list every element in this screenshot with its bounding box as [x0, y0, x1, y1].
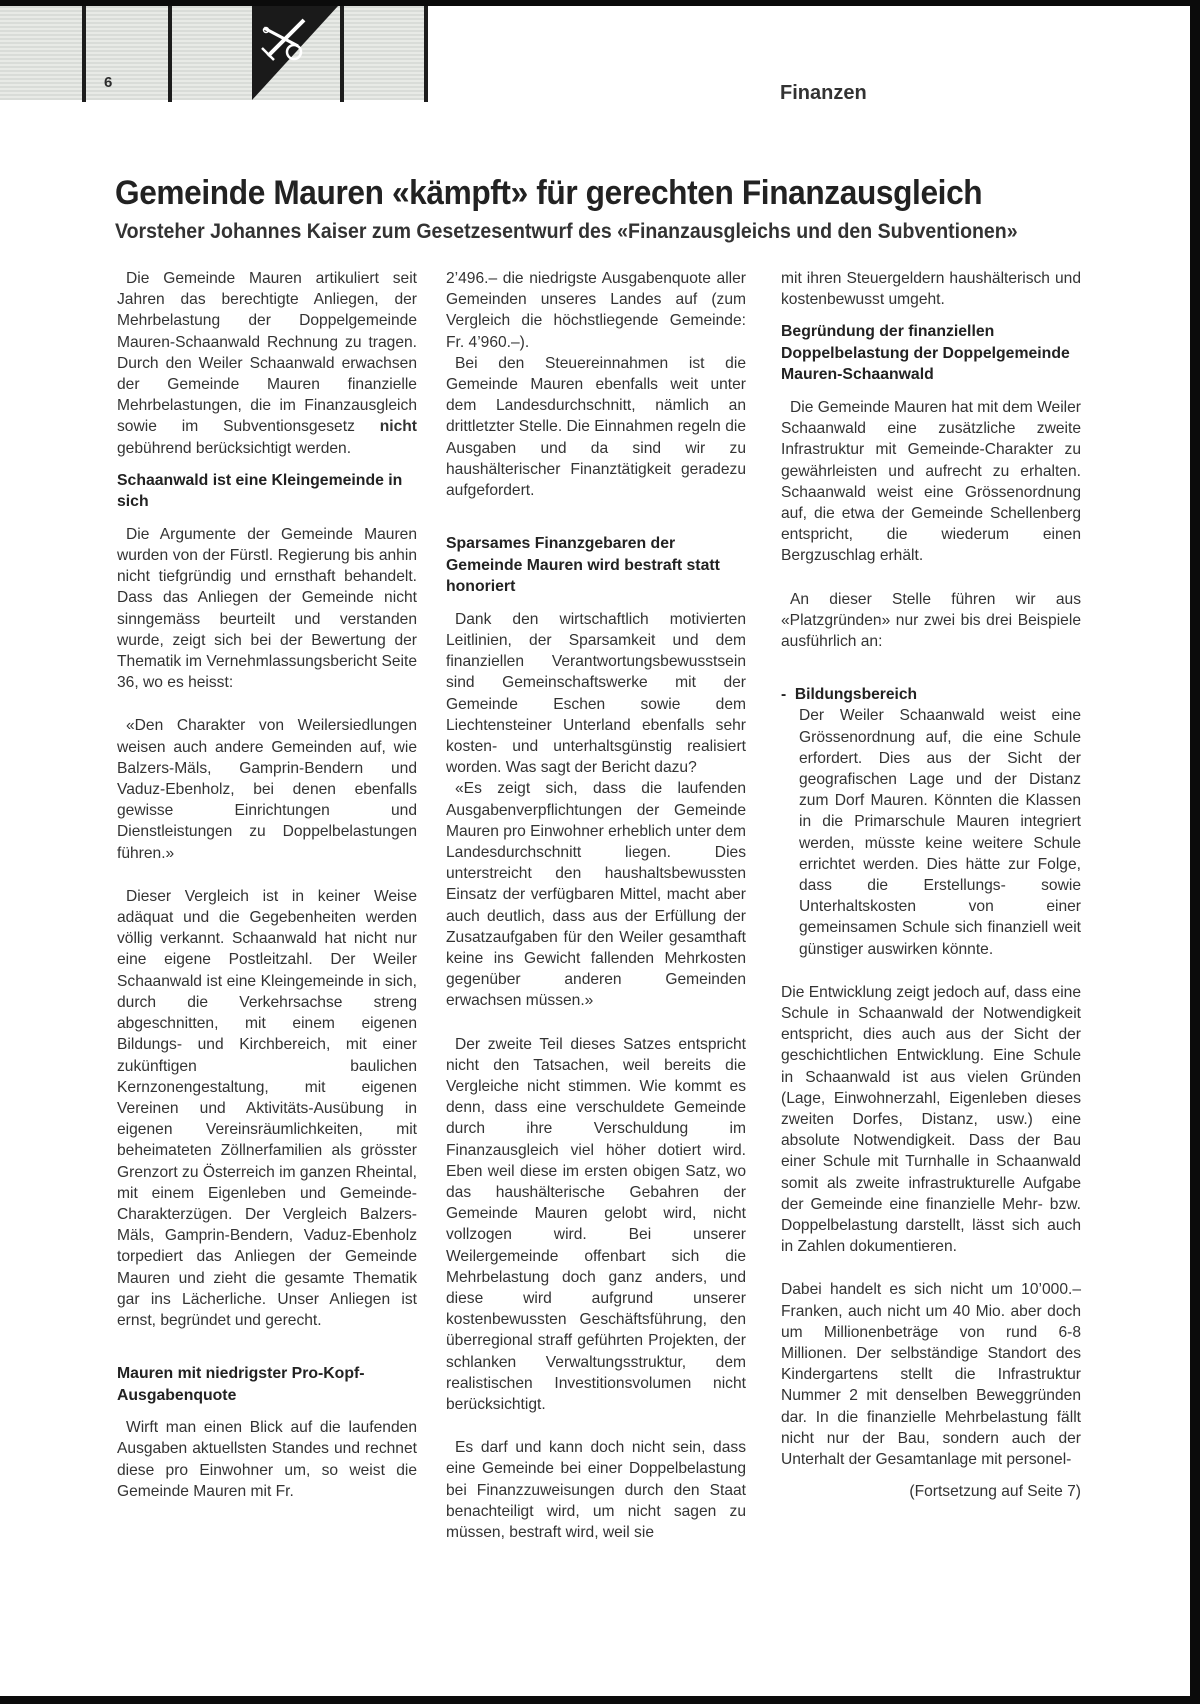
paragraph: Die Gemeinde Mauren artikuliert seit Jah…: [117, 268, 417, 459]
header-divider: [82, 6, 86, 102]
newspaper-page: 6 Finanzen Gemeinde Mauren «kämpft» für …: [0, 6, 1190, 1696]
paragraph: 2’496.– die niedrigste Ausgabenquote all…: [446, 268, 746, 353]
paragraph: Der zweite Teil dieses Satzes entspricht…: [446, 1034, 746, 1416]
paragraph: Die Gemeinde Mauren hat mit dem Weiler S…: [781, 397, 1081, 567]
quote-paragraph: «Den Charakter von Weilersiedlungen weis…: [117, 715, 417, 863]
paragraph: Die Argumente der Gemeinde Mauren wurden…: [117, 524, 417, 694]
paragraph: Bei den Steuereinnahmen ist die Gemeinde…: [446, 353, 746, 501]
quote-paragraph: «Es zeigt sich, dass die laufenden Ausga…: [446, 778, 746, 1011]
section-heading: Sparsames Finanzgebaren der Gemeinde Mau…: [446, 533, 746, 598]
article-column-2: 2’496.– die niedrigste Ausgabenquote all…: [446, 268, 746, 1543]
continuation-note: (Fortsetzung auf Seite 7): [781, 1481, 1081, 1502]
article-column-1: Die Gemeinde Mauren artikuliert seit Jah…: [117, 268, 417, 1502]
article-title: Gemeinde Mauren «kämpft» für gerechten F…: [115, 174, 982, 213]
page-number: 6: [104, 74, 112, 91]
paragraph: Dabei handelt es sich nicht um 10’000.– …: [781, 1279, 1081, 1470]
article-column-3: mit ihren Steuergeldern haushälterisch u…: [781, 268, 1081, 1502]
bullet-item: - Bildungsbereich Der Weiler Schaanwald …: [781, 684, 1081, 960]
section-heading: Begründung der finanziellen Doppelbelast…: [781, 321, 1081, 386]
paragraph: Dank den wirtschaftlich motivierten Leit…: [446, 609, 746, 779]
crossed-tools-emblem-icon: [252, 6, 338, 100]
paragraph: mit ihren Steuergeldern haushälterisch u…: [781, 268, 1081, 310]
paragraph: Es darf und kann doch nicht sein, dass e…: [446, 1437, 746, 1543]
section-heading: Schaanwald ist eine Kleingemeinde in sic…: [117, 470, 417, 513]
section-label: Finanzen: [780, 82, 867, 105]
bullet-heading: - Bildungsbereich: [781, 684, 1081, 705]
bullet-body: Der Weiler Schaanwald weist eine Grössen…: [781, 705, 1081, 959]
paragraph: Wirft man einen Blick auf die laufenden …: [117, 1417, 417, 1502]
section-heading: Mauren mit niedrigster Pro-Kopf-Ausgaben…: [117, 1363, 417, 1406]
paragraph: An dieser Stelle führen wir aus «Platzgr…: [781, 589, 1081, 653]
header-divider: [168, 6, 172, 102]
header-divider: [340, 6, 344, 102]
header-divider: [424, 6, 428, 102]
article-subtitle: Vorsteher Johannes Kaiser zum Gesetzesen…: [115, 220, 1018, 244]
paragraph: Die Entwicklung zeigt jedoch auf, dass e…: [781, 982, 1081, 1258]
header-band: [0, 6, 428, 100]
paragraph: Dieser Vergleich ist in keiner Weise adä…: [117, 886, 417, 1331]
